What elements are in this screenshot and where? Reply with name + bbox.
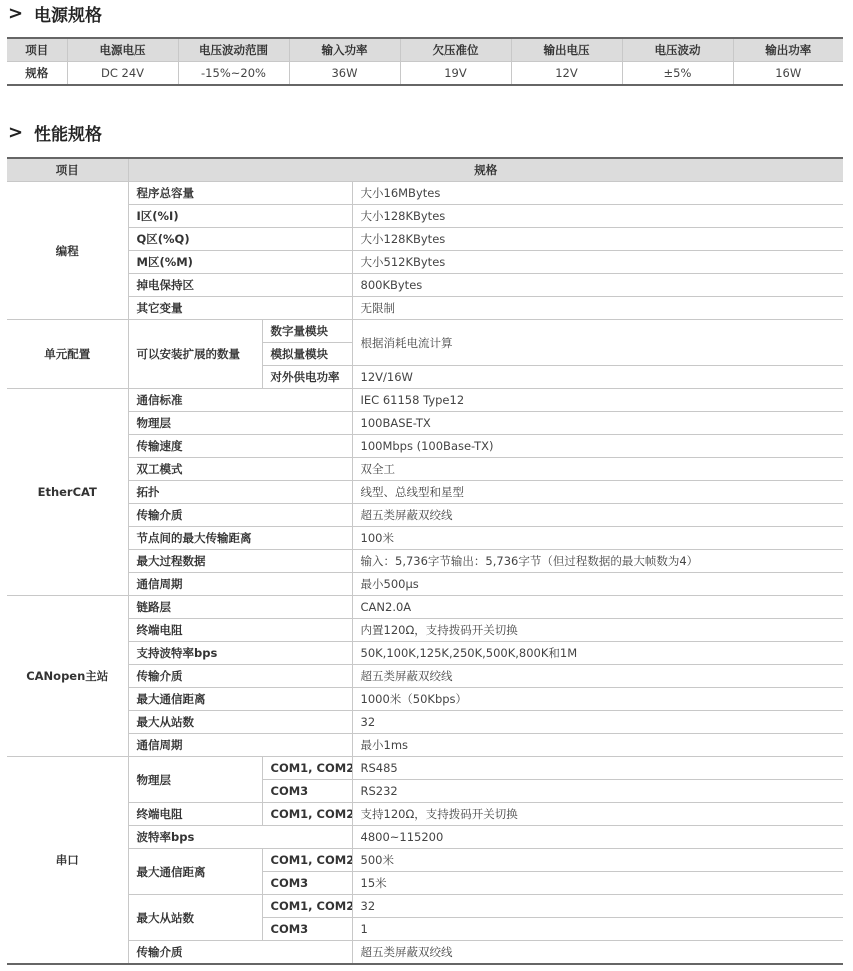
table-row: 传输介质 超五类屏蔽双绞线 (7, 504, 843, 527)
item-cell: 传输介质 (128, 941, 352, 965)
table-header-row: 项目 电源电压 电压波动范围 输入功率 欠压准位 输出电压 电压波动 输出功率 (7, 38, 843, 62)
item-cell: 最大从站数 (128, 895, 262, 941)
item-cell: 最大通信距离 (128, 849, 262, 895)
item-cell: 传输介质 (128, 665, 352, 688)
value-cell: DC 24V (67, 62, 178, 86)
value-cell: CAN2.0A (352, 596, 843, 619)
value-cell: 超五类屏蔽双绞线 (352, 504, 843, 527)
value-cell: 内置120Ω，支持拨码开关切换 (352, 619, 843, 642)
table-row: 其它变量 无限制 (7, 297, 843, 320)
header-cell: 欠压准位 (400, 38, 511, 62)
table-row: 物理层 100BASE-TX (7, 412, 843, 435)
item-cell: 通信周期 (128, 573, 352, 596)
table-row: 最大从站数 COM1, COM2 32 (7, 895, 843, 918)
value-cell: 双全工 (352, 458, 843, 481)
value-cell: 19V (400, 62, 511, 86)
item-cell: 传输速度 (128, 435, 352, 458)
value-cell: 12V (511, 62, 622, 86)
value-cell: IEC 61158 Type12 (352, 389, 843, 412)
value-cell: 100米 (352, 527, 843, 550)
value-cell: 32 (352, 711, 843, 734)
sub-item-cell: COM1, COM2 (262, 849, 352, 872)
item-cell: 掉电保持区 (128, 274, 352, 297)
value-cell: 15米 (352, 872, 843, 895)
table-row: 最大通信距离 COM1, COM2 500米 (7, 849, 843, 872)
item-cell: 链路层 (128, 596, 352, 619)
table-row: 双工模式 双全工 (7, 458, 843, 481)
sub-item-cell: COM3 (262, 918, 352, 941)
value-cell: 500米 (352, 849, 843, 872)
value-cell: 根据消耗电流计算 (352, 320, 843, 366)
table-row: 规格 DC 24V -15%~20% 36W 19V 12V ±5% 16W (7, 62, 843, 86)
header-cell: 输出电压 (511, 38, 622, 62)
item-cell: I区(%I) (128, 205, 352, 228)
item-cell: Q区(%Q) (128, 228, 352, 251)
item-cell: 节点间的最大传输距离 (128, 527, 352, 550)
value-cell: 800KBytes (352, 274, 843, 297)
item-cell: 传输介质 (128, 504, 352, 527)
power-section-title: > 电源规格 (8, 1, 102, 26)
item-cell: 终端电阻 (128, 803, 262, 826)
perf-section-title: > 性能规格 (8, 120, 102, 145)
table-row: 通信周期 最小500μs (7, 573, 843, 596)
table-row: 传输介质 超五类屏蔽双绞线 (7, 665, 843, 688)
item-cell: 最大过程数据 (128, 550, 352, 573)
sub-item-cell: 对外供电功率 (262, 366, 352, 389)
item-cell: 通信周期 (128, 734, 352, 757)
value-cell: 100BASE-TX (352, 412, 843, 435)
perf-section-label: 性能规格 (34, 120, 102, 145)
power-section-label: 电源规格 (34, 1, 102, 26)
table-row: I区(%I) 大小128KBytes (7, 205, 843, 228)
item-cell: M区(%M) (128, 251, 352, 274)
sub-item-cell: 数字量模块 (262, 320, 352, 343)
sub-item-cell: COM1, COM2 (262, 803, 352, 826)
value-cell: 32 (352, 895, 843, 918)
value-cell: 大小512KBytes (352, 251, 843, 274)
table-row: M区(%M) 大小512KBytes (7, 251, 843, 274)
item-cell: 其它变量 (128, 297, 352, 320)
value-cell: 1000米（50Kbps） (352, 688, 843, 711)
table-row: CANopen主站 链路层 CAN2.0A (7, 596, 843, 619)
value-cell: 输入：5,736字节输出：5,736字节（但过程数据的最大帧数为4） (352, 550, 843, 573)
sub-item-cell: 模拟量模块 (262, 343, 352, 366)
chevron-right-icon: > (8, 122, 34, 143)
item-cell: 可以安装扩展的数量 (128, 320, 262, 389)
header-cell: 项目 (7, 38, 67, 62)
value-cell: 1 (352, 918, 843, 941)
sub-item-cell: COM3 (262, 872, 352, 895)
table-row: 节点间的最大传输距离 100米 (7, 527, 843, 550)
category-canopen: CANopen主站 (7, 596, 128, 757)
table-row: 编程 程序总容量 大小16MBytes (7, 182, 843, 205)
value-cell: -15%~20% (178, 62, 289, 86)
table-row: 传输介质 超五类屏蔽双绞线 (7, 941, 843, 965)
table-row: 支持波特率bps 50K,100K,125K,250K,500K,800K和1M (7, 642, 843, 665)
item-cell: 支持波特率bps (128, 642, 352, 665)
table-row: 终端电阻 COM1, COM2 支持120Ω，支持拨码开关切换 (7, 803, 843, 826)
header-cell: 输出功率 (733, 38, 843, 62)
table-row: 传输速度 100Mbps (100Base-TX) (7, 435, 843, 458)
item-cell: 波特率bps (128, 826, 352, 849)
item-cell: 通信标准 (128, 389, 352, 412)
value-cell: 线型、总线型和星型 (352, 481, 843, 504)
value-cell: 超五类屏蔽双绞线 (352, 941, 843, 965)
header-cell: 电压波动 (622, 38, 733, 62)
header-cell: 电压波动范围 (178, 38, 289, 62)
item-cell: 物理层 (128, 412, 352, 435)
value-cell: 100Mbps (100Base-TX) (352, 435, 843, 458)
table-row: 掉电保持区 800KBytes (7, 274, 843, 297)
value-cell: RS232 (352, 780, 843, 803)
category-ethercat: EtherCAT (7, 389, 128, 596)
item-cell: 物理层 (128, 757, 262, 803)
value-cell: 12V/16W (352, 366, 843, 389)
table-row: Q区(%Q) 大小128KBytes (7, 228, 843, 251)
table-row: 通信周期 最小1ms (7, 734, 843, 757)
value-cell: 最小1ms (352, 734, 843, 757)
table-row: 最大过程数据 输入：5,736字节输出：5,736字节（但过程数据的最大帧数为4… (7, 550, 843, 573)
table-row: 拓扑 线型、总线型和星型 (7, 481, 843, 504)
table-row: 最大从站数 32 (7, 711, 843, 734)
value-cell: 36W (289, 62, 400, 86)
category-unit-config: 单元配置 (7, 320, 128, 389)
table-row: 串口 物理层 COM1, COM2 RS485 (7, 757, 843, 780)
header-cell: 电源电压 (67, 38, 178, 62)
chevron-right-icon: > (8, 3, 34, 24)
value-cell: 大小128KBytes (352, 228, 843, 251)
performance-spec-table: 项目 规格 编程 程序总容量 大小16MBytes I区(%I) 大小128KB… (7, 157, 843, 965)
value-cell: ±5% (622, 62, 733, 86)
table-row: 波特率bps 4800~115200 (7, 826, 843, 849)
table-row: 单元配置 可以安装扩展的数量 数字量模块 根据消耗电流计算 (7, 320, 843, 343)
header-spec: 规格 (128, 158, 843, 182)
value-cell: 4800~115200 (352, 826, 843, 849)
table-row: EtherCAT 通信标准 IEC 61158 Type12 (7, 389, 843, 412)
sub-item-cell: COM3 (262, 780, 352, 803)
item-cell: 最大从站数 (128, 711, 352, 734)
row-header-cell: 规格 (7, 62, 67, 86)
item-cell: 程序总容量 (128, 182, 352, 205)
value-cell: 支持120Ω，支持拨码开关切换 (352, 803, 843, 826)
value-cell: 最小500μs (352, 573, 843, 596)
value-cell: 超五类屏蔽双绞线 (352, 665, 843, 688)
sub-item-cell: COM1, COM2 (262, 895, 352, 918)
value-cell: 16W (733, 62, 843, 86)
item-cell: 拓扑 (128, 481, 352, 504)
value-cell: RS485 (352, 757, 843, 780)
header-cell: 输入功率 (289, 38, 400, 62)
category-programming: 编程 (7, 182, 128, 320)
value-cell: 50K,100K,125K,250K,500K,800K和1M (352, 642, 843, 665)
table-row: 最大通信距离 1000米（50Kbps） (7, 688, 843, 711)
value-cell: 无限制 (352, 297, 843, 320)
item-cell: 最大通信距离 (128, 688, 352, 711)
category-serial: 串口 (7, 757, 128, 965)
table-row: 终端电阻 内置120Ω，支持拨码开关切换 (7, 619, 843, 642)
item-cell: 终端电阻 (128, 619, 352, 642)
item-cell: 双工模式 (128, 458, 352, 481)
value-cell: 大小128KBytes (352, 205, 843, 228)
value-cell: 大小16MBytes (352, 182, 843, 205)
table-header-row: 项目 规格 (7, 158, 843, 182)
header-item: 项目 (7, 158, 128, 182)
sub-item-cell: COM1, COM2 (262, 757, 352, 780)
power-spec-table: 项目 电源电压 电压波动范围 输入功率 欠压准位 输出电压 电压波动 输出功率 … (7, 37, 843, 86)
